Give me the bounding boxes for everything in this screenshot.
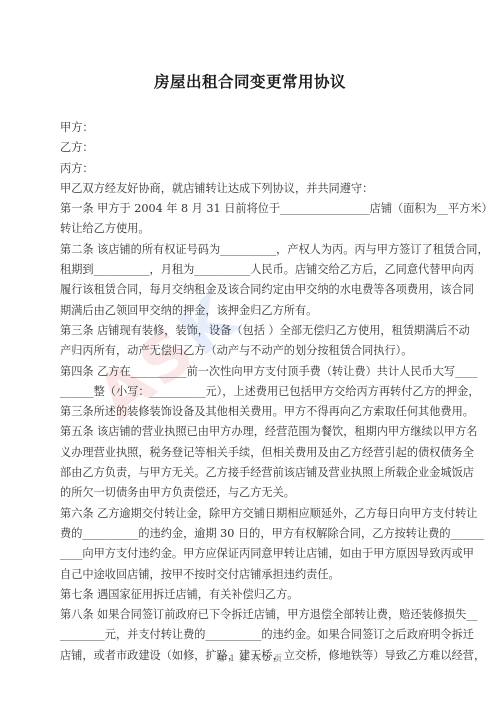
article-6-line: 费的__________的违约金，逾期 30 日的，甲方有权解除合同，乙方按转让… [60,524,440,544]
article-4-line: ______整（小写：__________元），上述费用已包括甲方交给丙方再转付… [60,382,440,402]
article-4-line: 第三条所述的装修装饰设备及其他相关费用。甲方不得再向乙方索取任何其他费用。 [60,402,440,422]
document-title: 房屋出租合同变更常用协议 [0,70,500,92]
article-5-line: 义办理营业执照，税务登记等相关手续，但相关费用及由乙方经营引起的债权债务全 [60,443,440,463]
article-1-line: 第一条 甲方于 2004 年 8 月 31 日前将位于_____________… [60,199,440,219]
article-2-line: 第二条 该店铺的所有权证号码为__________，产权人为丙。丙与甲方签订了租… [60,240,440,260]
document-body: 甲方： 乙方： 丙方： 甲乙双方经友好协商，就店铺转让达成下列协议，并共同遵守：… [60,118,440,666]
article-6-line: 第六条 乙方逾期交付转让金，除甲方交铺日期相应顺延外，乙方每日向甲方支付转让 [60,504,440,524]
article-3-line: 第三条 店铺现有装修，装饰，设备（包括 ）全部无偿归乙方使用，租赁期满后不动 [60,321,440,341]
article-5-line: 部由乙方负责，与甲方无关。乙方接手经营前该店铺及营业执照上所载企业金城饭店 [60,463,440,483]
article-5-line: 第五条 该店铺的营业执照已由甲方办理，经营范围为餐饮，租期内甲方继续以甲方名 [60,422,440,442]
article-8-line: ________元，并支付转让费的__________的违约金。如果合同签订之后… [60,625,440,645]
article-5-line: 的所欠一切债务由甲方负责偿还，与乙方无关。 [60,483,440,503]
article-4-line: 第四条 乙方在__________前一次性向甲方支付顶手费（转让费）共计人民币大… [60,362,440,382]
article-2-line: 租期到__________，月租为__________人民币。店铺交给乙方后，乙… [60,260,440,280]
party-a-line: 甲方： [60,118,440,138]
article-2-line: 履行该租赁合同，每月交纳租金及该合同约定由甲交纳的水电费等各项费用，该合同 [60,280,440,300]
article-1-line: 转让给乙方使用。 [60,219,440,239]
document-page: ASK 房屋出租合同变更常用协议 甲方： 乙方： 丙方： 甲乙双方经友好协商，就… [0,0,500,706]
page-number: 第 1 页 共 2 页 [0,653,500,664]
article-6-line: ____向甲方支付违约金。甲方应保证丙同意甲转让店铺，如由于甲方原因导致丙或甲 [60,544,440,564]
preamble-line: 甲乙双方经友好协商，就店铺转让达成下列协议，并共同遵守： [60,179,440,199]
article-2-line: 期满后由乙领回甲交纳的押金，该押金归乙方所有。 [60,301,440,321]
article-6-line: 自己中途收回店铺，按甲不按时交付店铺承担违约责任。 [60,565,440,585]
party-c-line: 丙方： [60,159,440,179]
party-b-line: 乙方： [60,138,440,158]
article-8-line: 第八条 如果合同签订前政府已下令拆迁店铺，甲方退偿全部转让费，赔还装修损失__ [60,605,440,625]
article-3-line: 产归丙所有，动产无偿归乙方（动产与不动产的划分按租赁合同执行）。 [60,341,440,361]
article-7-line: 第七条 遇国家征用拆迁店铺，有关补偿归乙方。 [60,585,440,605]
